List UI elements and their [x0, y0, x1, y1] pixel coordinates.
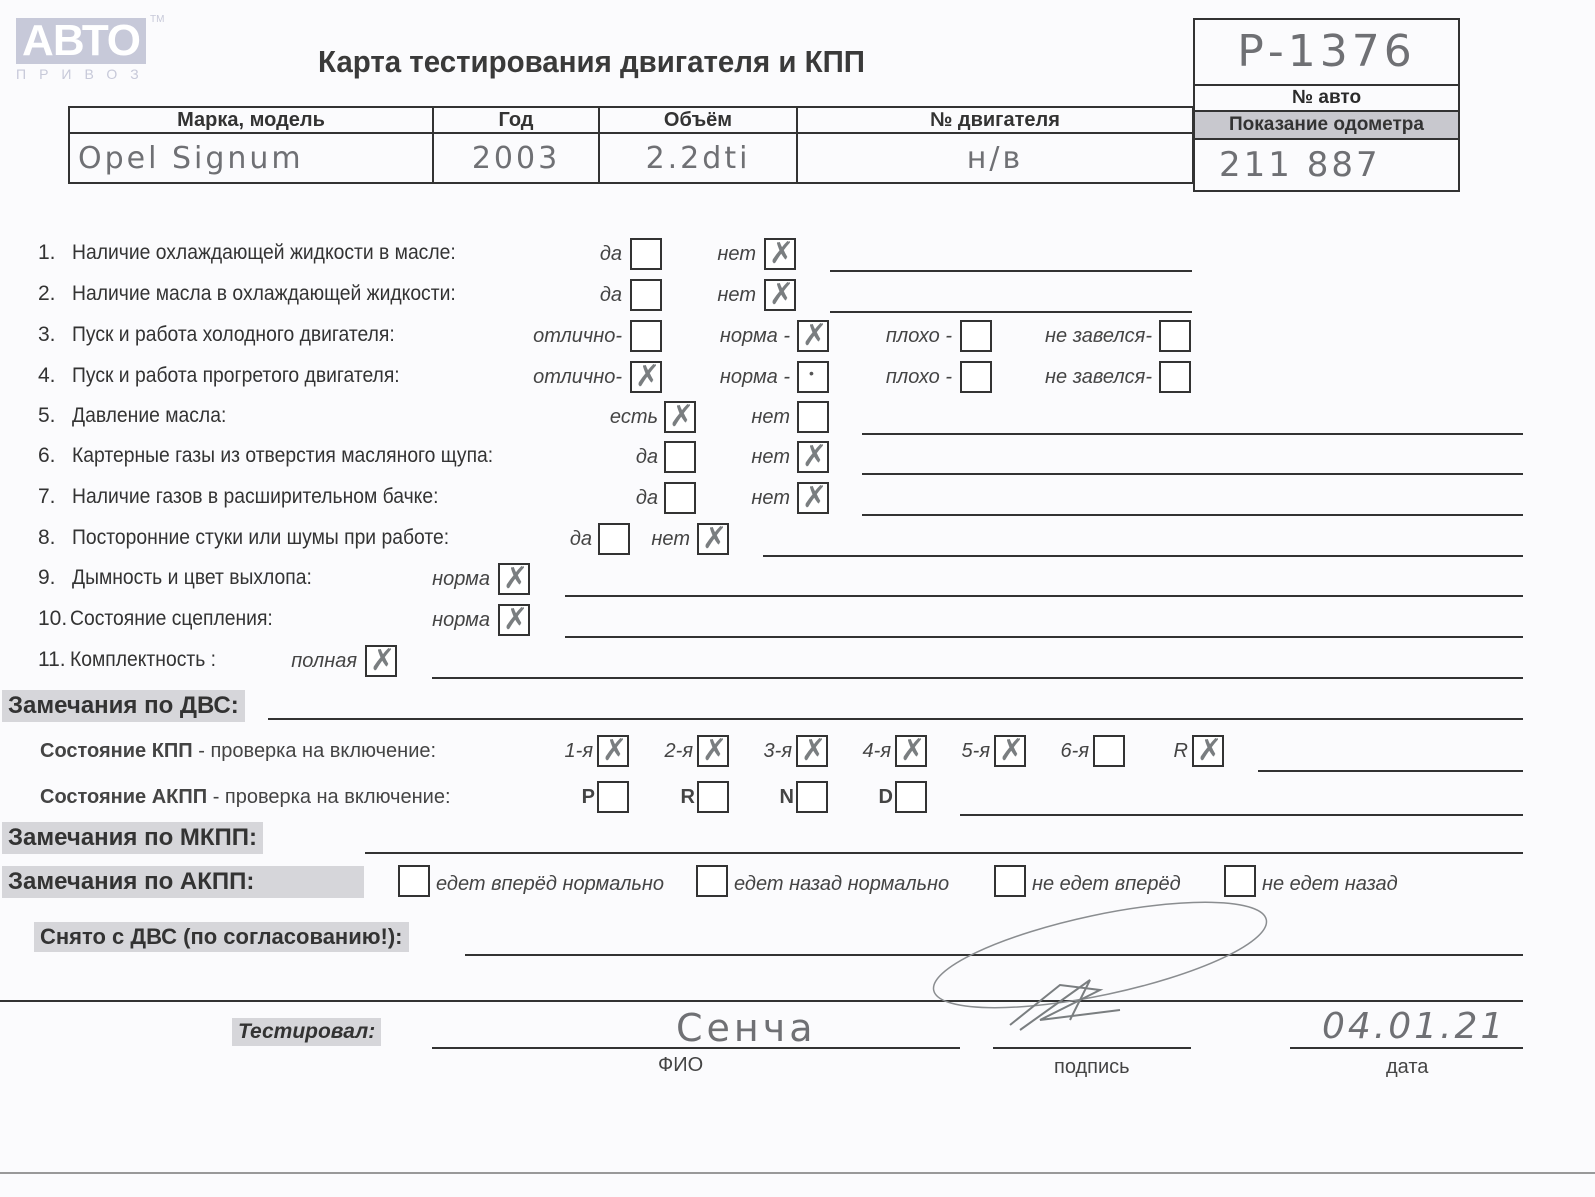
option-checkbox[interactable]: [498, 604, 530, 636]
year-value[interactable]: 2003: [433, 133, 599, 183]
option-checkbox[interactable]: [697, 523, 729, 555]
gear-checkbox[interactable]: [796, 781, 828, 813]
gear-checkbox[interactable]: [697, 735, 729, 767]
option-checkbox[interactable]: [598, 523, 630, 555]
date-line[interactable]: [1290, 1047, 1523, 1049]
gear-checkbox[interactable]: [697, 781, 729, 813]
odometer-label: Показание одометра: [1195, 112, 1458, 140]
option-checkbox[interactable]: [664, 482, 696, 514]
col-header-year: Год: [433, 107, 599, 133]
question-number: 1.: [38, 241, 56, 265]
notes-line[interactable]: [862, 514, 1523, 516]
question-text: Пуск и работа холодного двигателя:: [72, 323, 395, 347]
gear-label: 1-я: [565, 740, 593, 763]
page-edge: [0, 1172, 1595, 1174]
date-value[interactable]: 04.01.21: [1322, 1006, 1506, 1047]
manual-gearbox-label: Состояние КПП - проверка на включение:: [40, 740, 436, 763]
gear-label: R: [681, 786, 695, 809]
option-label: нет: [751, 487, 790, 510]
gear-checkbox[interactable]: [994, 735, 1026, 767]
auto-gearbox-label-bold: Состояние АКПП: [40, 786, 207, 808]
trademark-mark: TM: [150, 14, 164, 25]
col-header-volume: Объём: [599, 107, 797, 133]
question-number: 11.: [38, 648, 66, 672]
option-checkbox[interactable]: [764, 238, 796, 270]
remark-label: едет назад нормально: [734, 873, 949, 896]
odometer-value[interactable]: 211 887: [1195, 140, 1458, 190]
notes-line[interactable]: [763, 555, 1523, 557]
remark-checkbox[interactable]: [398, 865, 430, 897]
option-label: норма: [432, 609, 490, 632]
option-checkbox[interactable]: [960, 320, 992, 352]
option-label: нет: [717, 284, 756, 307]
question-number: 4.: [38, 364, 56, 388]
remarks-engine-label: Замечания по ДВС:: [2, 690, 245, 722]
option-label: отлично-: [533, 325, 622, 348]
gear-checkbox[interactable]: [1093, 735, 1125, 767]
question-text: Комплектность :: [70, 648, 216, 672]
gear-label: 4-я: [863, 740, 891, 763]
removed-from-engine-label: Снято с ДВС (по согласованию!):: [34, 922, 409, 952]
option-label: норма -: [720, 366, 790, 389]
auto-number-value[interactable]: Р-1376: [1195, 20, 1458, 86]
col-header-engine-number: № двигателя: [797, 107, 1193, 133]
notes-line[interactable]: [432, 677, 1523, 679]
make-model-value[interactable]: Opel Signum: [69, 133, 433, 183]
signature-caption: подпись: [1054, 1056, 1130, 1079]
auto-gearbox-label: Состояние АКПП - проверка на включение:: [40, 786, 451, 809]
volume-value[interactable]: 2.2dti: [599, 133, 797, 183]
remark-checkbox[interactable]: [696, 865, 728, 897]
notes-line[interactable]: [830, 270, 1192, 272]
manual-gearbox-label-rest: - проверка на включение:: [193, 740, 436, 762]
question-text: Пуск и работа прогретого двигателя:: [72, 364, 400, 388]
engine-number-value[interactable]: н/в: [797, 133, 1193, 183]
question-text: Состояние сцепления:: [70, 607, 273, 631]
question-text: Дымность и цвет выхлопа:: [72, 566, 312, 590]
question-number: 7.: [38, 485, 56, 509]
option-checkbox[interactable]: [797, 482, 829, 514]
option-checkbox[interactable]: [960, 361, 992, 393]
gear-checkbox[interactable]: [895, 735, 927, 767]
auto-number-label: № авто: [1195, 86, 1458, 112]
manual-gearbox-line[interactable]: [1258, 770, 1523, 772]
option-label: да: [570, 528, 592, 551]
option-checkbox[interactable]: [664, 441, 696, 473]
tester-name-line[interactable]: [432, 1047, 960, 1049]
option-label: плохо -: [886, 325, 952, 348]
option-checkbox[interactable]: [630, 238, 662, 270]
gear-label: 2-я: [665, 740, 693, 763]
question-number: 5.: [38, 404, 56, 428]
option-checkbox[interactable]: [797, 361, 829, 393]
question-number: 10.: [38, 607, 67, 631]
option-checkbox[interactable]: [630, 279, 662, 311]
auto-gearbox-label-rest: - проверка на включение:: [207, 786, 450, 808]
gear-label: 5-я: [962, 740, 990, 763]
option-label: да: [600, 243, 622, 266]
option-label: нет: [717, 243, 756, 266]
col-header-make-model: Марка, модель: [69, 107, 433, 133]
option-label: полная: [291, 650, 357, 673]
question-number: 6.: [38, 444, 56, 468]
gear-label: R: [1174, 740, 1188, 763]
gear-checkbox[interactable]: [796, 735, 828, 767]
notes-line[interactable]: [862, 473, 1523, 475]
gear-checkbox[interactable]: [597, 735, 629, 767]
date-caption: дата: [1386, 1056, 1428, 1079]
question-text: Картерные газы из отверстия масляного щу…: [72, 444, 493, 468]
option-label: да: [636, 487, 658, 510]
option-checkbox[interactable]: [630, 320, 662, 352]
option-checkbox[interactable]: [797, 441, 829, 473]
question-number: 2.: [38, 282, 56, 306]
question-text: Давление масла:: [72, 404, 226, 428]
gear-label: N: [780, 786, 794, 809]
option-checkbox[interactable]: [797, 320, 829, 352]
remarks-manual-label: Замечания по МКПП:: [2, 822, 263, 854]
option-checkbox[interactable]: [797, 401, 829, 433]
question-number: 3.: [38, 323, 56, 347]
question-text: Наличие газов в расширительном бачке:: [72, 485, 438, 509]
notes-line[interactable]: [565, 636, 1523, 638]
gear-label: D: [879, 786, 893, 809]
auto-info-box: Р-1376 № авто Показание одометра 211 887: [1193, 18, 1460, 192]
gear-label: 6-я: [1061, 740, 1089, 763]
option-label: плохо -: [886, 366, 952, 389]
manual-gearbox-label-bold: Состояние КПП: [40, 740, 193, 762]
divider-line: [0, 1000, 1523, 1002]
remarks-engine-line[interactable]: [268, 718, 1523, 720]
question-text: Посторонние стуки или шумы при работе:: [72, 526, 449, 550]
remarks-auto-label: Замечания по АКПП:: [2, 866, 364, 898]
option-label: нет: [751, 446, 790, 469]
remark-label: не едет назад: [1262, 873, 1398, 896]
option-checkbox[interactable]: [664, 401, 696, 433]
gear-checkbox[interactable]: [895, 781, 927, 813]
option-checkbox[interactable]: [630, 361, 662, 393]
option-label: да: [636, 446, 658, 469]
option-label: нет: [651, 528, 690, 551]
notes-line[interactable]: [862, 433, 1523, 435]
option-label: норма: [432, 568, 490, 591]
name-caption: ФИО: [658, 1054, 703, 1077]
gear-checkbox[interactable]: [597, 781, 629, 813]
brand-logo: АВТО: [16, 18, 146, 64]
brand-logo-subtitle: ПРИВОЗ: [16, 66, 148, 82]
question-number: 9.: [38, 566, 56, 590]
signature-line[interactable]: [993, 1047, 1191, 1049]
option-checkbox[interactable]: [498, 563, 530, 595]
gear-label: P: [582, 786, 595, 809]
option-checkbox[interactable]: [365, 645, 397, 677]
question-number: 8.: [38, 526, 56, 550]
option-label: да: [600, 284, 622, 307]
gear-label: 3-я: [764, 740, 792, 763]
option-label: не завелся-: [1045, 325, 1152, 348]
vehicle-info-table: Марка, модель Год Объём № двигателя Opel…: [68, 106, 1194, 184]
gear-checkbox[interactable]: [1192, 735, 1224, 767]
notes-line[interactable]: [830, 311, 1192, 313]
question-text: Наличие охлаждающей жидкости в масле:: [72, 241, 456, 265]
signature-scribble-icon: [920, 890, 1280, 1040]
option-checkbox[interactable]: [764, 279, 796, 311]
notes-line[interactable]: [565, 595, 1523, 597]
option-label: не завелся-: [1045, 366, 1152, 389]
remarks-manual-line[interactable]: [365, 852, 1523, 854]
option-label: отлично-: [533, 366, 622, 389]
option-label: нет: [751, 406, 790, 429]
option-label: есть: [610, 406, 658, 429]
tester-name-value[interactable]: Сенча: [676, 1006, 817, 1050]
question-text: Наличие масла в охлаждающей жидкости:: [72, 282, 456, 306]
remark-label: едет вперёд нормально: [436, 873, 664, 896]
option-label: норма -: [720, 325, 790, 348]
auto-gearbox-line[interactable]: [960, 814, 1523, 816]
tested-by-label: Тестировал:: [232, 1018, 381, 1046]
option-checkbox[interactable]: [1159, 320, 1191, 352]
option-checkbox[interactable]: [1159, 361, 1191, 393]
page-title: Карта тестирования двигателя и КПП: [318, 44, 865, 80]
